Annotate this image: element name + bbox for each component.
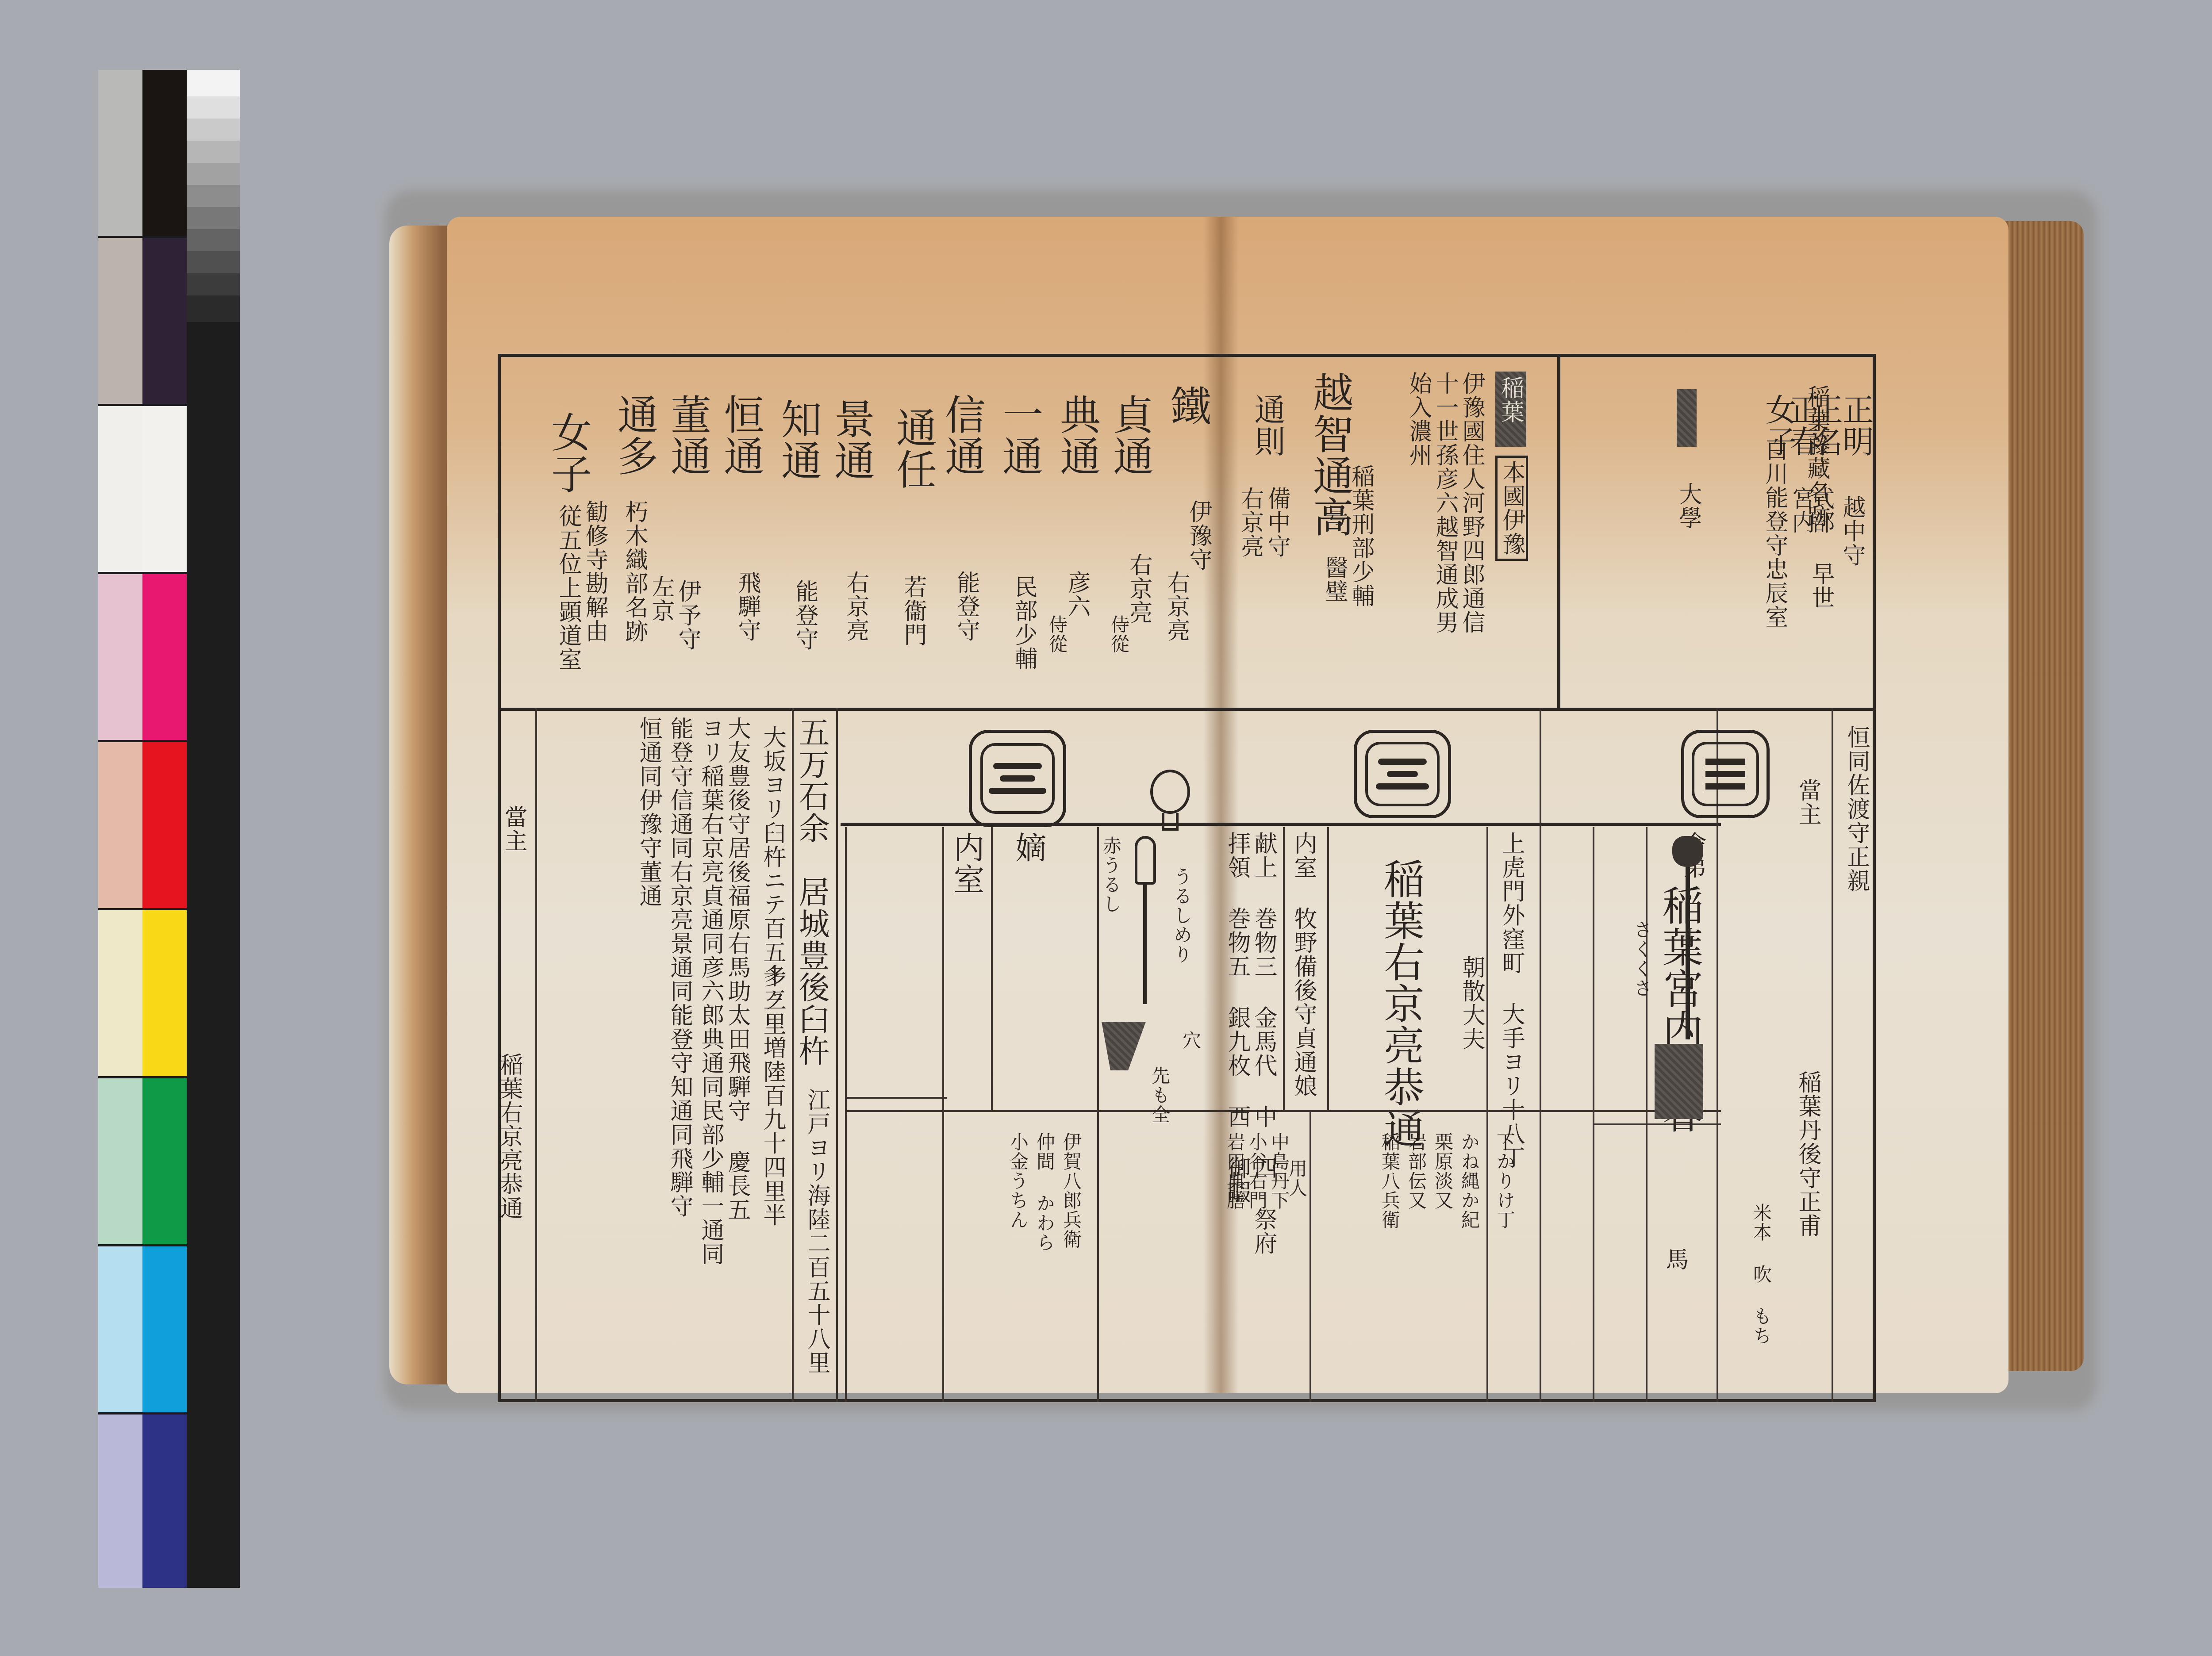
lower-note: 仲間 かわら — [1035, 1132, 1054, 1252]
lineage-text: 始入濃州 — [1407, 372, 1430, 467]
register-name: 信通 — [941, 394, 982, 477]
register-rank: 従五位上顕道室 — [557, 504, 580, 671]
checker-patch — [142, 238, 187, 404]
register-title: 民部少輔 — [1012, 575, 1035, 671]
checker-patch — [142, 1078, 187, 1244]
register-title: 能登守 — [793, 579, 816, 651]
heir-label: 嫡 — [1013, 832, 1044, 863]
divider — [845, 827, 847, 1402]
right-clan-divider — [1557, 354, 1560, 708]
register-name: 通任 — [893, 407, 933, 490]
register-note: 勧修寺勘解由 — [583, 500, 606, 643]
divider — [535, 708, 537, 1402]
side-column-bottom: 稲葉丹後守正甫 — [1796, 1070, 1819, 1238]
lower-cell-note: 稲葉八兵衛 — [1380, 1132, 1399, 1230]
spear-top-label: 穴 — [1181, 1031, 1200, 1050]
checker-patch — [98, 1078, 142, 1244]
checker-patch — [98, 574, 142, 740]
register-name: 董通 — [667, 394, 708, 477]
register-name: 通多 — [614, 394, 655, 477]
checker-patch — [142, 742, 187, 908]
left-register: 鐵 伊豫守 右京亮 貞通 右京亮 侍從 典通 彦六 侍從 一通 民部少輔 信通 … — [504, 367, 1217, 699]
register-name: 典通 — [1056, 394, 1097, 477]
gray-step — [187, 141, 240, 163]
horse-label: 馬 — [1663, 1247, 1686, 1271]
first-heir-name: 通則 — [1252, 394, 1283, 457]
register-name: 景通 — [831, 398, 872, 481]
crest-inner — [1365, 742, 1440, 806]
procession-note: 赤うるし — [1102, 836, 1120, 914]
lineage-text: 十一世孫彦六越智通成男 — [1433, 372, 1456, 634]
register-office: 左京 — [649, 575, 672, 623]
lord-court-rank: 朝散大夫 — [1460, 955, 1483, 1051]
domain-stipend: 五万石余 — [796, 717, 827, 844]
checker-patch — [98, 1414, 142, 1588]
lower-note: 小金うちん — [1009, 1132, 1027, 1230]
crest-inner — [1692, 742, 1759, 806]
register-title: 白川能登守忠辰室 — [1763, 438, 1786, 629]
divider — [1832, 708, 1833, 1402]
gray-step — [187, 163, 240, 185]
divider — [942, 827, 944, 1402]
divider — [991, 827, 993, 1110]
lower-cell-note: 栗原淡又 — [1433, 1132, 1452, 1210]
retainers-title: 用人 — [1287, 1159, 1306, 1198]
founder-alias: 号 醫璧 — [1323, 504, 1346, 603]
right-crest-divider — [1221, 823, 1721, 826]
register-title: 伊予守 — [676, 579, 699, 651]
crest-three-bars-left — [969, 730, 1066, 827]
lower-cell-note: 岩部伝又 — [1407, 1132, 1425, 1210]
register-name: 一通 — [999, 394, 1040, 477]
checker-patch — [98, 1246, 142, 1412]
lantern-icon — [1146, 765, 1194, 836]
gray-step — [187, 273, 240, 295]
register-office: 右京亮 — [1127, 553, 1150, 625]
domain-castle: 居城豊後臼杵 — [796, 876, 827, 1067]
lineage-note: ヨリ稲葉右京亮貞通同彦六郎典通同民部少輔一通同 — [699, 717, 722, 1266]
first-heir-title: 備中守 — [1265, 487, 1288, 558]
crest-inner — [980, 743, 1055, 814]
divider — [1283, 827, 1285, 1110]
current-lord-label: 當主 — [1796, 778, 1819, 826]
register-name: 恒通 — [720, 394, 761, 477]
divider — [1097, 827, 1099, 1402]
domain-distance: 江戸ヨリ海陸二百五十八里 — [805, 1088, 828, 1375]
checker-patch — [142, 1414, 187, 1588]
retainer-name: 小谷右門 — [1248, 1132, 1266, 1210]
spear-bottom-label: 先も全 — [1150, 1066, 1169, 1124]
checker-patch — [142, 574, 187, 740]
retainer-name: 岩田典膳 — [1225, 1132, 1244, 1210]
register-title: 伊豫守 — [1187, 500, 1210, 571]
gray-step — [187, 185, 240, 207]
register-title: 飛騨守 — [736, 571, 759, 642]
register-office: 彦六 — [1065, 571, 1088, 618]
register-title: 宮内 — [1790, 487, 1813, 534]
checker-patch — [98, 742, 142, 908]
register-title: 侍從 — [1048, 615, 1066, 654]
lower-note: 伊賀八郎兵衛 — [1062, 1132, 1080, 1249]
register-title: 越中守 — [1840, 495, 1863, 567]
side-column-top: 恒同佐渡守正親 — [1845, 725, 1868, 893]
lineage-note: 大友豊後守居後福原右馬助太田飛騨守 慶長五 — [726, 717, 749, 1222]
lineage-text: 伊豫國住人河野四郎通信 — [1460, 372, 1483, 634]
horse-seal-block — [1655, 1044, 1703, 1119]
crest-three-bars-right — [1681, 730, 1770, 818]
domain-distance: 多ク里増陸百九十四里半 — [761, 964, 784, 1227]
register-title: 若衞門 — [902, 575, 925, 647]
founder-note: 稲葉刑部少輔 — [1349, 464, 1372, 608]
right-register-divider — [1221, 708, 1876, 711]
current-lord-label: 當主 — [502, 805, 525, 853]
register-title: 侍從 — [1110, 615, 1128, 654]
gray-step — [187, 295, 240, 322]
checker-patch — [98, 406, 142, 572]
color-checker — [98, 70, 240, 1588]
gray-step — [187, 96, 240, 119]
lower-cell-note: かね縄か紀 — [1460, 1132, 1479, 1230]
side-column-note: 米本 吹 もち — [1752, 1203, 1770, 1345]
home-province: 本國伊豫 — [1495, 456, 1528, 561]
wife-label: 内室 — [951, 832, 982, 895]
register-name: 鐵 — [1167, 385, 1208, 426]
divider — [845, 1097, 947, 1099]
register-title: 能登守 — [955, 571, 978, 642]
divider — [1593, 827, 1594, 1402]
register-name: 貞通 — [1110, 394, 1150, 477]
register-name: 女子 — [548, 411, 588, 494]
register-title: 右京亮 — [844, 571, 867, 642]
gray-step — [187, 207, 240, 229]
divider — [1327, 827, 1329, 1110]
divider — [836, 708, 838, 1402]
divider — [792, 708, 794, 1402]
divider — [1540, 708, 1541, 1402]
divider — [1646, 827, 1647, 1402]
lord-wife: 内室 牧野備後守貞通娘 — [1292, 832, 1315, 1098]
register-note: 朽木織部名跡 — [623, 500, 646, 643]
lineage-note: 能登守信通同右京亮景通同能登守知通同飛騨守 — [668, 717, 691, 1218]
heir-note: さくくさ — [1632, 920, 1651, 998]
gray-step — [187, 229, 240, 251]
first-heir-office: 右京亮 — [1239, 487, 1262, 558]
checker-patch — [142, 910, 187, 1076]
gray-step — [187, 251, 240, 273]
register-name: 正明 — [1840, 394, 1871, 457]
checker-patch — [98, 238, 142, 404]
lord-name-margin: 稲葉右京亮恭通 — [498, 1053, 521, 1220]
retainer-name: 中島丹下 — [1270, 1132, 1288, 1210]
lord-name: 稲葉右京亮恭通 — [1380, 858, 1421, 1149]
gray-step — [187, 119, 240, 141]
lower-cell-note: 下かりけ丁 — [1495, 1132, 1514, 1230]
gray-step — [187, 70, 240, 96]
checker-patch — [142, 1246, 187, 1412]
lord-residence: 上虎門外窪町 大手ヨリ十八丁 — [1500, 832, 1523, 1169]
crest-three-bars-center — [1354, 730, 1451, 818]
left-register-divider — [498, 708, 1223, 711]
spear-note: うるしめり — [1172, 867, 1191, 964]
checker-patch — [98, 70, 142, 236]
clan-seal-text: 稲葉 — [1499, 376, 1522, 424]
register-office: 右京亮 — [1165, 571, 1188, 642]
checker-patch — [142, 70, 187, 236]
checker-patch — [98, 910, 142, 1076]
gray-step — [187, 322, 240, 1588]
standard-pole-icon — [1672, 836, 1708, 1039]
spear-icon — [1133, 836, 1159, 1004]
register-name: 知通 — [778, 398, 818, 481]
lineage-note: 恒通同伊豫守董通 — [637, 717, 660, 908]
register-label: 大學 — [1677, 482, 1700, 530]
divider — [1310, 1110, 1311, 1402]
checker-patch — [142, 406, 187, 572]
divider — [1486, 827, 1488, 1402]
seal-block — [1677, 389, 1697, 447]
